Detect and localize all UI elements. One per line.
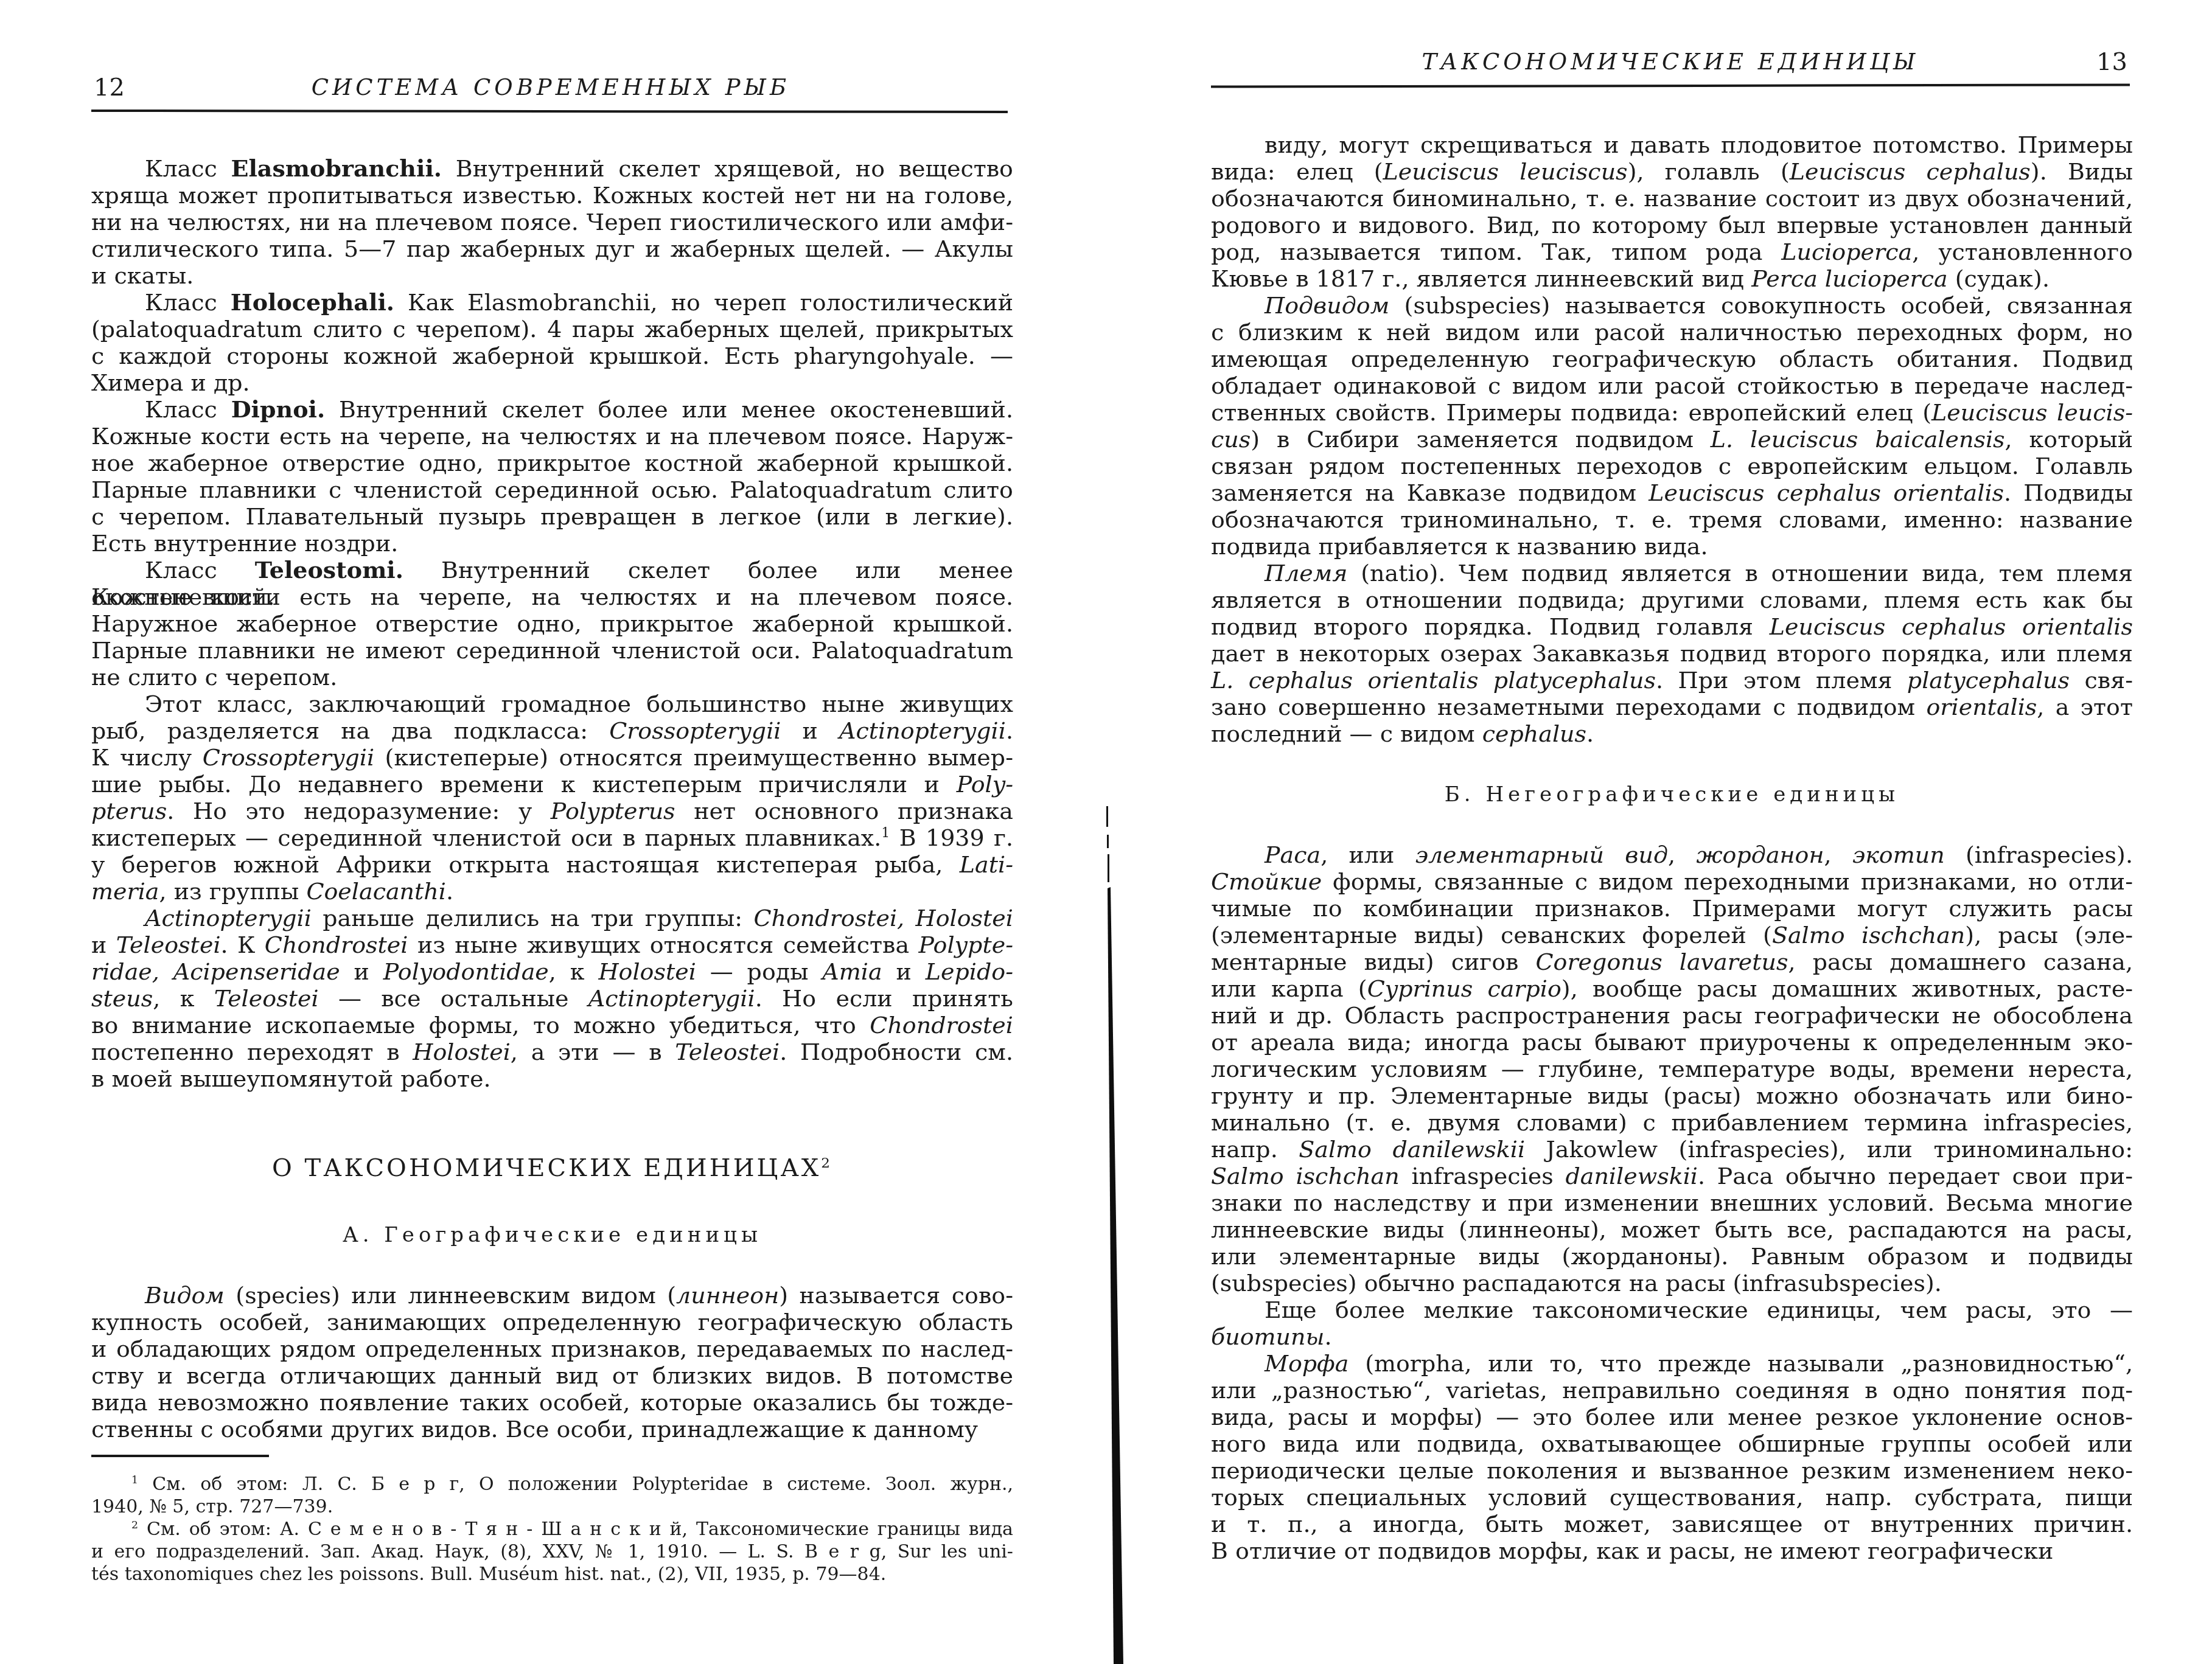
text-line: meria, из группы Coelacanthi. [91,878,1013,905]
text-line: Химера и др. [91,369,1013,396]
text-line: заменяется на Кавказе подвидом Leuciscus… [1211,479,2133,506]
text-line: ственных свойств. Примеры подвида: европ… [1211,399,2133,426]
text-line: Класс Elasmobranchii. Внутренний скелет … [91,155,1013,182]
text-line: Кювье в 1817 г., является линнеевский ви… [1211,265,2133,292]
text-line: ний и др. Область распространения расы г… [1211,1002,2133,1029]
text-line: обладает одинаковой с видом или расой ст… [1211,372,2133,399]
text-line: подвид второго порядка. Подвид голавля L… [1211,613,2133,640]
header-rule [1211,83,2130,88]
text-line: хряща может пропитываться известью. Кожн… [91,182,1013,209]
footnote: 2 См. об этом: А. С е м е н о в - Т я н … [91,1518,1013,1586]
text-line: знаки по наследству и при изменении внеш… [1211,1189,2133,1216]
running-head: ТАКСОНОМИЧЕСКИЕ ЕДИНИЦЫ [1205,49,2136,75]
text-line: последний — с видом cephalus. [1211,720,2133,747]
text-line: (palatoquadratum слито с черепом). 4 пар… [91,316,1013,343]
text-line: у берегов южной Африки открыта настоящая… [91,851,1013,878]
text-line: и Teleostei. К Chondrostei из ныне живущ… [91,931,1013,958]
text-line: Стойкие формы, связанные с видом переход… [1211,868,2133,895]
text-line: не слито с черепом. [91,664,1013,691]
text-line: шие рыбы. До недавнего времени к кистепе… [91,771,1013,798]
text-line: ного вида или подвида, охватывающее обши… [1211,1430,2133,1457]
text-line: логическим условиям — глубине, температу… [1211,1056,2133,1082]
paragraph: Класс Elasmobranchii. Внутренний скелет … [91,155,1013,289]
text-line: виду, могут скрещиваться и давать плодов… [1211,131,2133,158]
text-line: ridae, Acipenseridae и Polyodontidae, к … [91,958,1013,985]
text-line: с каждой стороны кожной жаберной крышкой… [91,343,1013,369]
text-line: кистеперых — серединной членистой оси в … [91,824,1013,851]
text-line: или элементарные виды (жорданоны). Равны… [1211,1243,2133,1270]
page-left: 12 СИСТЕМА СОВРЕМЕННЫХ РЫБ Класс Elasmob… [85,0,1016,1664]
text-line: стилического типа. 5—7 пар жаберных дуг … [91,235,1013,262]
running-head: СИСТЕМА СОВРЕМЕННЫХ РЫБ [85,74,1016,101]
text-line: Класс Teleostomi. Внутренний скелет боле… [91,557,1013,583]
paragraph: Подвидом (subspecies) называется совокуп… [1211,292,2133,560]
text-line: ни на челюстях, ни на плечевом поясе. Че… [91,209,1013,235]
text-line: pterus. Но это недоразумение: у Polypter… [91,798,1013,824]
text-line: cus) в Сибири заменяется подвидом L. leu… [1211,426,2133,453]
text-line: и скаты. [91,262,1013,289]
text-line: дает в некоторых озерах Закавказья подви… [1211,640,2133,667]
text-line: или карпа (Cyprinus carpio), вообще расы… [1211,975,2133,1002]
page-body: Класс Elasmobranchii. Внутренний скелет … [91,155,1013,1586]
text-line: Видом (species) или линнеевским видом (л… [91,1282,1013,1309]
text-line: линнеевские виды (линнеоны), может быть … [1211,1216,2133,1243]
text-line: минально (т. е. двумя словами) с прибавл… [1211,1109,2133,1136]
text-line: и обладающих рядом определенных признако… [91,1335,1013,1362]
text-line: род, называется типом. Так, типом рода L… [1211,238,2133,265]
paragraph: Видом (species) или линнеевским видом (л… [91,1282,1013,1443]
page-right: 13 ТАКСОНОМИЧЕСКИЕ ЕДИНИЦЫ виду, могут с… [1205,0,2136,1664]
text-line: Кожные кости есть на черепе, на челюстях… [91,583,1013,610]
text-line: ственны с особями других видов. Все особ… [91,1416,1013,1443]
text-line: 1 См. об этом: Л. С. Б е р г, О положени… [91,1473,1013,1495]
text-line: чимые по комбинации признаков. Примерами… [1211,895,2133,922]
text-line: является в отношении подвида; другими сл… [1211,587,2133,613]
text-line: обозначаются триноминально, т. е. тремя … [1211,506,2133,533]
text-line: с близким к ней видом или расой наличнос… [1211,319,2133,346]
footnote: 1 См. об этом: Л. С. Б е р г, О положени… [91,1473,1013,1518]
paragraph: Раса, или элементарный вид, жорданон, эк… [1211,841,2133,1297]
text-line: tés taxonomiques chez les poissons. Bull… [91,1563,1013,1586]
page-body: виду, могут скрещиваться и давать плодов… [1211,131,2133,1564]
paragraph: Класс Dipnoi. Внутренний скелет более ил… [91,396,1013,557]
text-line: вида невозможно появление таких особей, … [91,1389,1013,1416]
paragraph: Класс Holocephali. Как Elasmobranchii, н… [91,289,1013,396]
text-line: грунту и пр. Элементарные виды (расы) мо… [1211,1082,2133,1109]
text-line: Кожные кости есть на черепе, на челюстях… [91,423,1013,450]
text-line: ное жаберное отверстие одно, прикрытое к… [91,450,1013,476]
text-line: (subspecies) обычно распадаются на расы … [1211,1270,2133,1297]
paragraph: Морфа (morpha, или то, что прежде называ… [1211,1350,2133,1564]
text-line: Actinopterygii раньше делились на три гр… [91,905,1013,931]
paragraph: виду, могут скрещиваться и давать плодов… [1211,131,2133,292]
text-line: или „разностью“, varietas, неправильно с… [1211,1377,2133,1404]
text-line: Племя (natio). Чем подвид является в отн… [1211,560,2133,587]
text-line: К числу Crossopterygii (кистеперые) отно… [91,744,1013,771]
text-line: Salmo ischchan infraspecies danilewskii.… [1211,1163,2133,1189]
text-line: от ареала вида; иногда расы бывают приур… [1211,1029,2133,1056]
text-line: подвида прибавляется к названию вида. [1211,533,2133,560]
text-line: биотипы. [1211,1323,2133,1350]
text-line: Есть внутренние ноздри. [91,530,1013,557]
text-line: Еще более мелкие таксономические единицы… [1211,1297,2133,1323]
paragraph: Еще более мелкие таксономические единицы… [1211,1297,2133,1350]
subsection-heading: Б. Негеографические единицы [1211,779,2133,810]
text-line: steus, к Teleostei — все остальные Actin… [91,985,1013,1012]
text-line: 2 См. об этом: А. С е м е н о в - Т я н … [91,1518,1013,1540]
text-line: Класс Dipnoi. Внутренний скелет более ил… [91,396,1013,423]
text-line: L. cephalus orientalis platycephalus. Пр… [1211,667,2133,694]
text-line: Морфа (morpha, или то, что прежде называ… [1211,1350,2133,1377]
text-line: периодически целые поколения и вызванное… [1211,1457,2133,1484]
text-line: Парные плавники не имеют серединной член… [91,637,1013,664]
header-rule [91,110,1008,113]
text-line: Подвидом (subspecies) называется совокуп… [1211,292,2133,319]
text-line: купность особей, занимающих определенную… [91,1309,1013,1335]
text-line: с черепом. Плавательный пузырь превращен… [91,503,1013,530]
text-line: 1940, № 5, стр. 727—739. [91,1495,1013,1518]
text-line: ству и всегда отличающих данный вид от б… [91,1362,1013,1389]
text-line: вида: елец (Leuciscus leuciscus), голавл… [1211,158,2133,185]
text-line: обозначаются биноминально, т. е. названи… [1211,185,2133,212]
text-line: во внимание ископаемые формы, то можно у… [91,1012,1013,1039]
text-line: Парные плавники с членистой серединной о… [91,476,1013,503]
text-line: напр. Salmo danilewskii Jakowlew (infras… [1211,1136,2133,1163]
text-line: связан рядом постепенных переходов с евр… [1211,453,2133,479]
paragraph: Actinopterygii раньше делились на три гр… [91,905,1013,1092]
paragraph: Класс Teleostomi. Внутренний скелет боле… [91,557,1013,691]
text-line: в моей вышеупомянутой работе. [91,1065,1013,1092]
text-line: Этот класс, заключающий громадное больши… [91,691,1013,717]
text-line: и его подразделений. Зап. Акад. Наук, (8… [91,1540,1013,1563]
section-heading: О ТАКСОНОМИЧЕСКИХ ЕДИНИЦАХ2 [91,1153,1013,1183]
text-line: вида, расы и морфы) — это более или мене… [1211,1404,2133,1430]
text-line: В отличие от подвидов морфы, как и расы,… [1211,1537,2133,1564]
paragraph: Этот класс, заключающий громадное больши… [91,691,1013,905]
text-line: имеющая определенную географическую обла… [1211,346,2133,372]
book-scan: { "pages": [ { "id": "left", "page_numbe… [0,0,2212,1664]
text-line: Класс Holocephali. Как Elasmobranchii, н… [91,289,1013,316]
text-line: Наружное жаберное отверстие одно, прикры… [91,610,1013,637]
text-line: ментарные виды) сигов Coregonus lavaretu… [1211,949,2133,975]
footnote-rule [91,1455,269,1457]
paragraph: Племя (natio). Чем подвид является в отн… [1211,560,2133,747]
text-line: (элементарные виды) севанских форелей (S… [1211,922,2133,949]
text-line: зано совершенно незаметными переходами с… [1211,694,2133,720]
text-line: рыб, разделяется на два подкласса: Cross… [91,717,1013,744]
text-line: постепенно переходят в Holostei, а эти —… [91,1039,1013,1065]
text-line: родового и видового. Вид, по которому бы… [1211,212,2133,238]
text-line: и т. п., а иногда, быть может, зависящее… [1211,1511,2133,1537]
text-line: Раса, или элементарный вид, жорданон, эк… [1211,841,2133,868]
text-line: торых специальных условий существования,… [1211,1484,2133,1511]
subsection-heading: А. Географические единицы [91,1220,1013,1250]
